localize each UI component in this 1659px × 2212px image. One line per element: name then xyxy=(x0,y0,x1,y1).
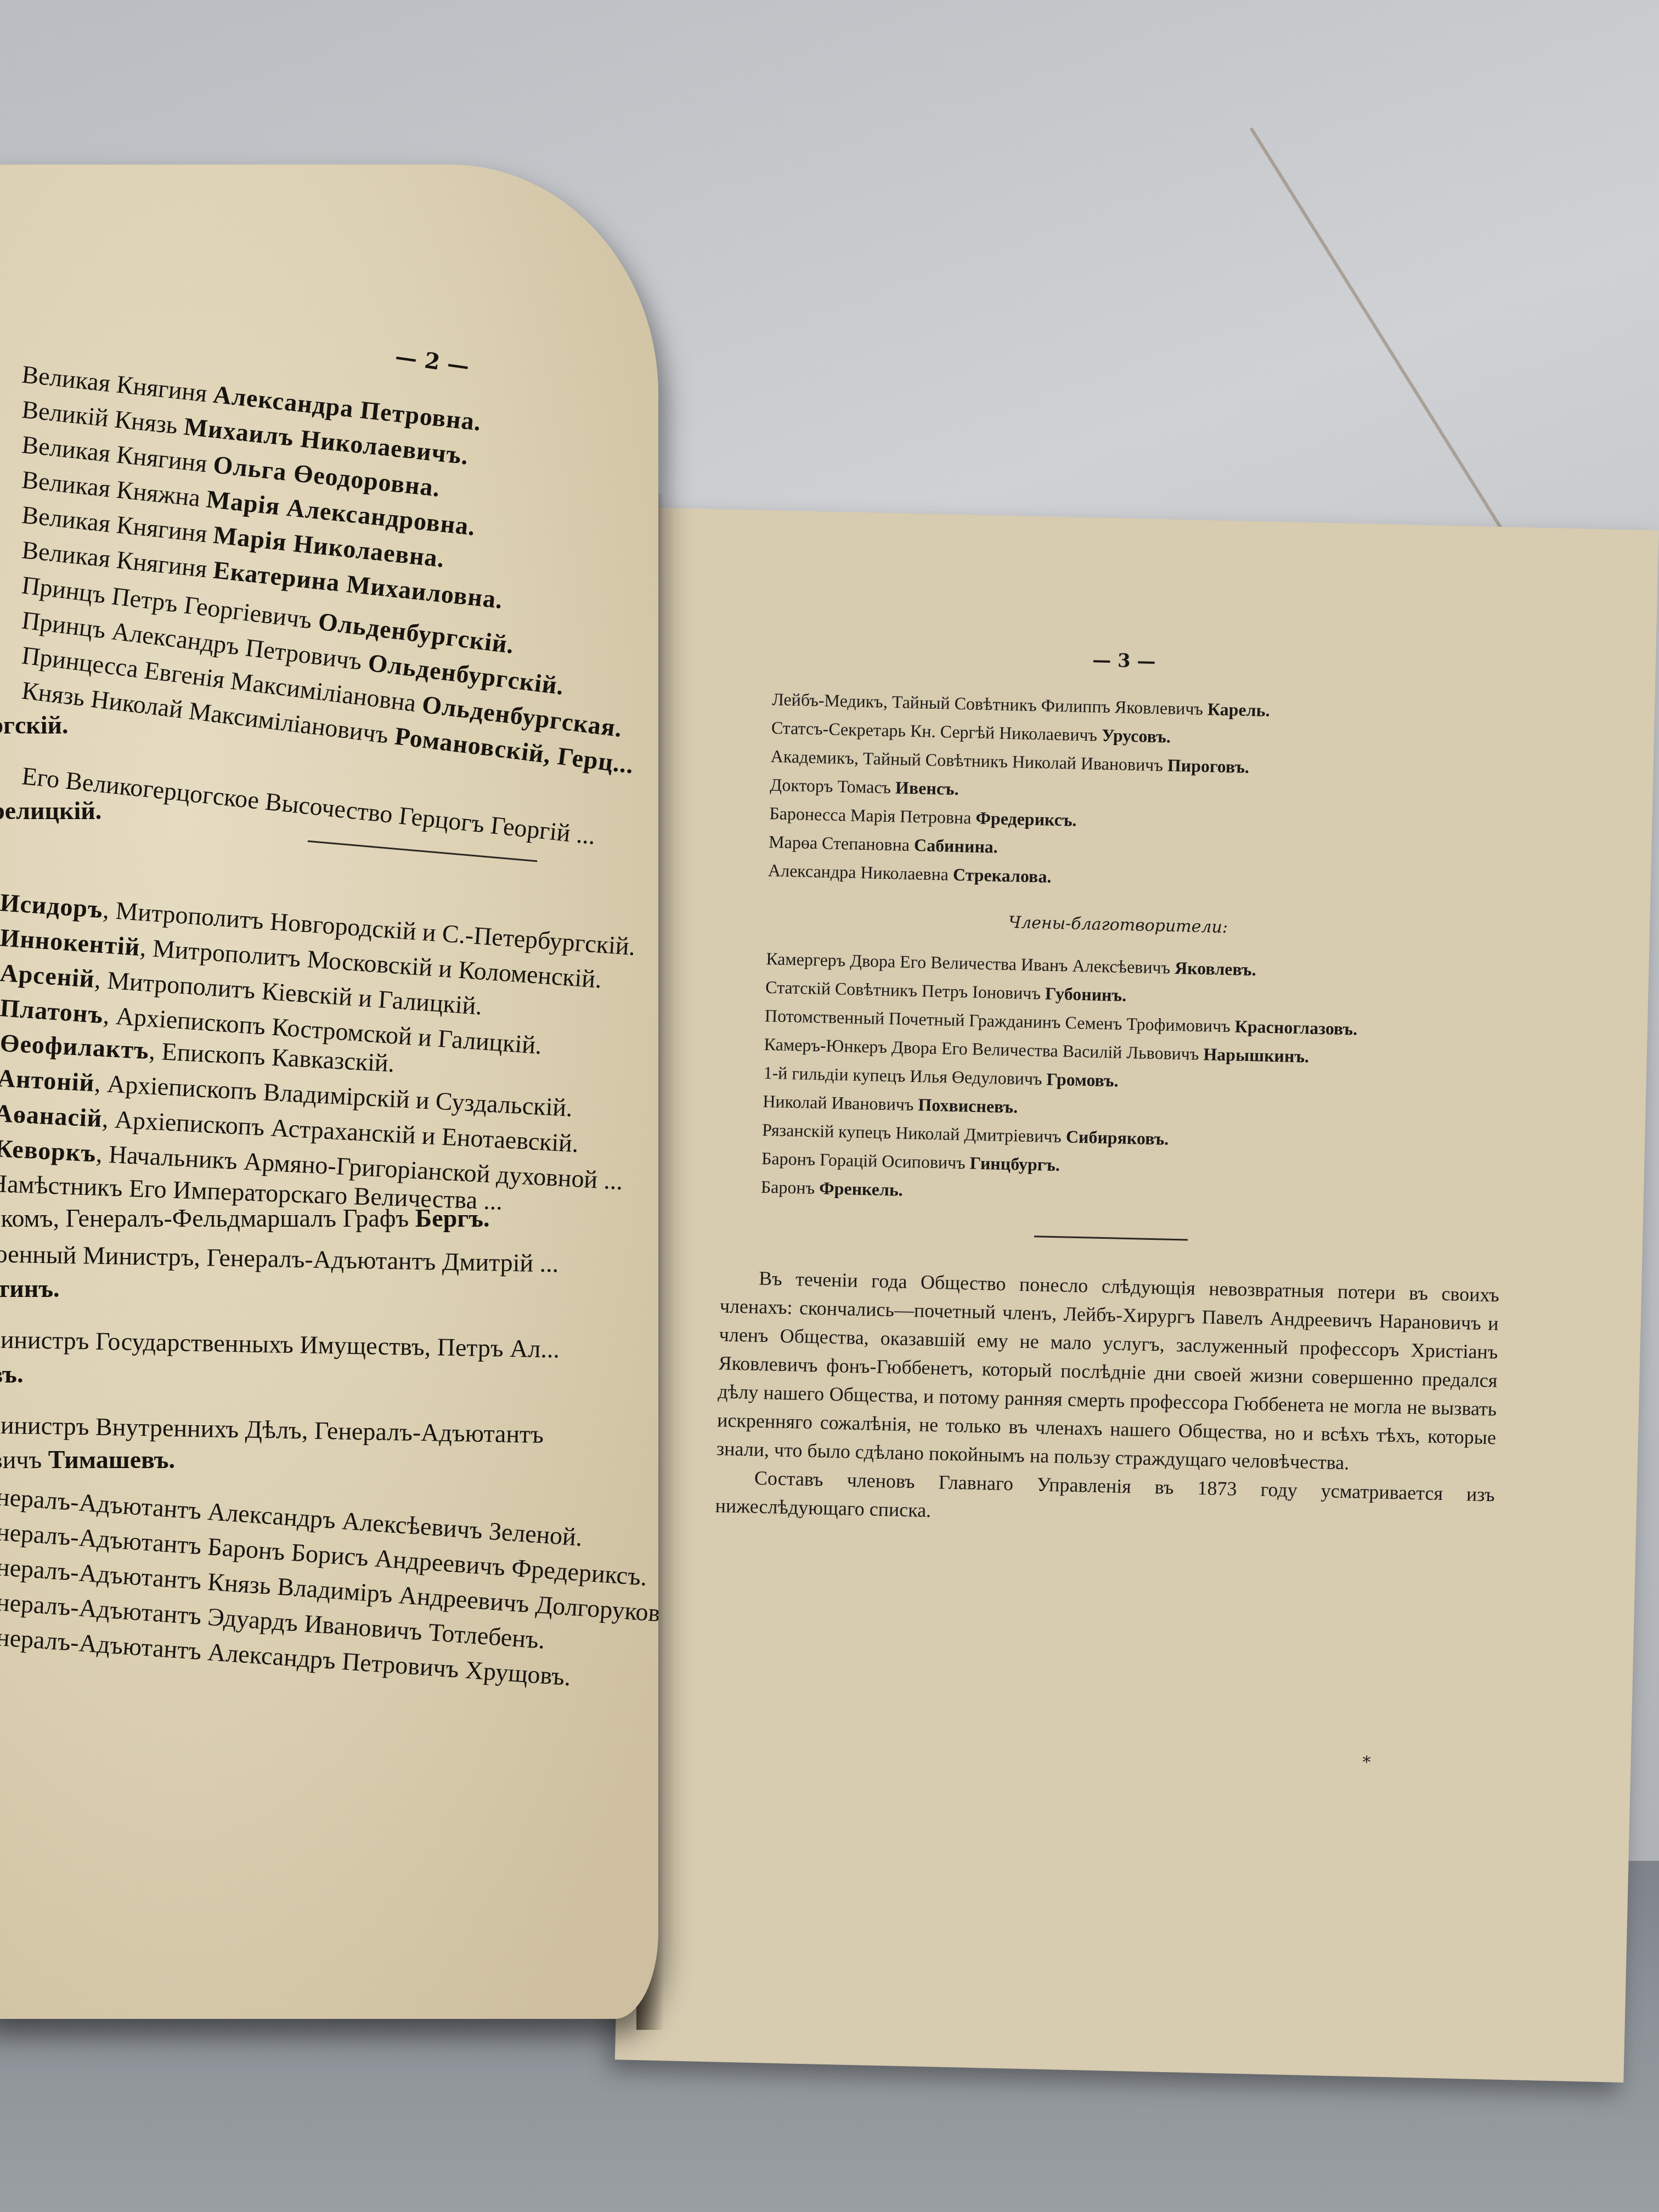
adjutants-list: Генералъ-Адъютантъ Александръ Алексѣевич… xyxy=(22,1477,658,1653)
right-page: — 3 — Лейбъ-Медикъ, Тайный Совѣтникъ Фил… xyxy=(615,507,1659,2083)
divider xyxy=(1034,1235,1188,1240)
left-page: — 2 — Великая Княгиня Александра Петровн… xyxy=(0,165,658,2019)
royal-list: Великая Княгиня Александра Петровна. Вел… xyxy=(22,357,658,828)
paragraph-losses: Въ теченіи года Общество понесло слѣдующ… xyxy=(716,1263,1500,1480)
clergy-list: Исидоръ, Митрополитъ Новгородскій и С.-П… xyxy=(22,885,658,1166)
footer-mark: * xyxy=(1362,1753,1371,1772)
honorary-members-list: Лейбъ-Медикъ, Тайный Совѣтникъ Филиппъ Я… xyxy=(730,685,1513,900)
officials-list: Намѣстникъ Его Императорскаго Величества… xyxy=(22,1166,658,1477)
marble-vein xyxy=(1249,127,1514,547)
section-heading: Члены-благотворители: xyxy=(729,906,1508,943)
page-number: — 3 — xyxy=(735,641,1514,681)
benefactors-list: Камергеръ Двора Его Величества Иванъ Але… xyxy=(722,944,1506,1216)
